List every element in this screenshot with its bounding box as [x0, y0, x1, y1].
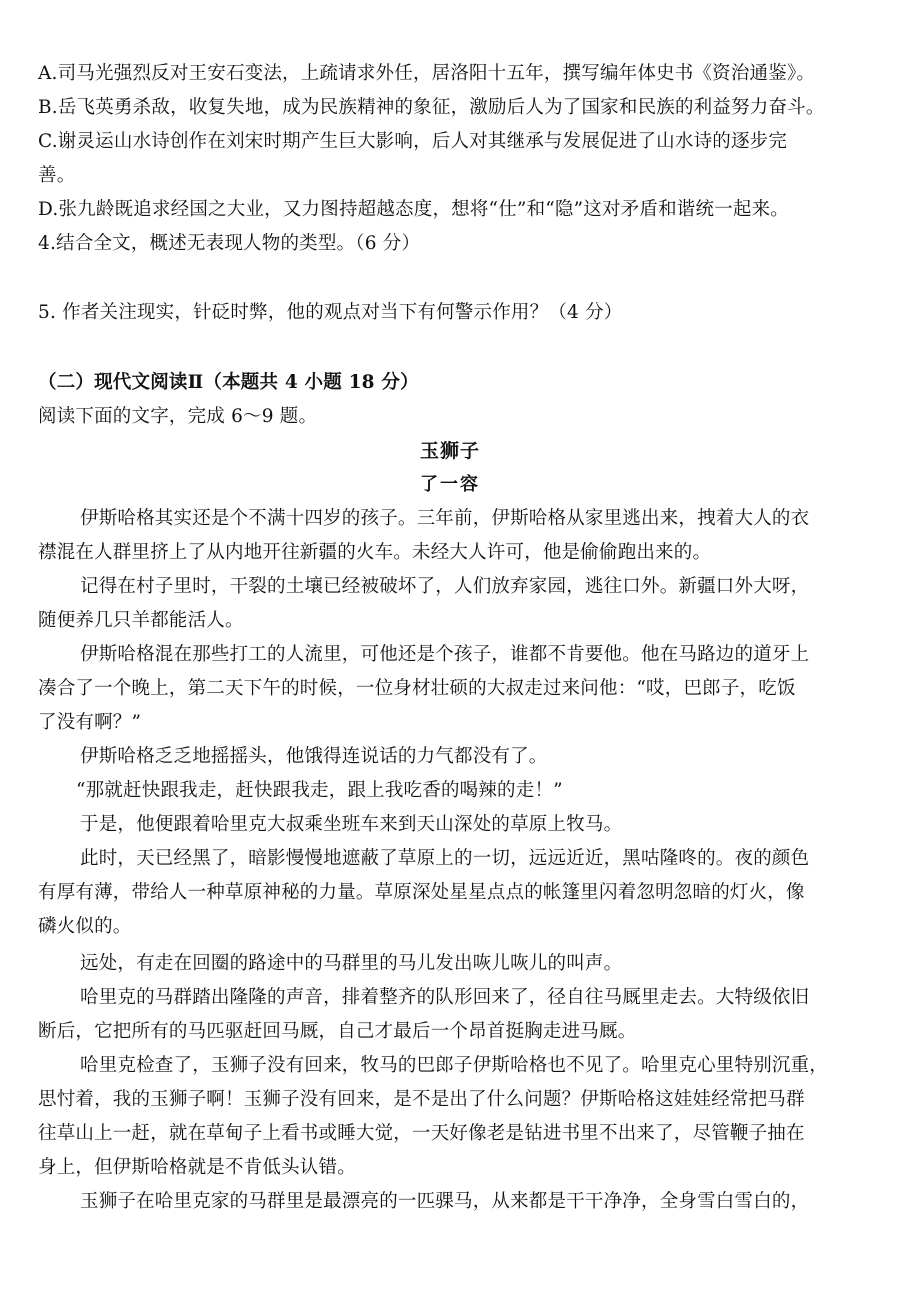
passage-line: 凑合了一个晚上，第二天下午的时候，一位身材壮硕的大叔走过来问他：“哎，巴郎子，吃…: [38, 677, 796, 701]
option-a: A.司马光强烈反对王安石变法，上疏请求外任，居洛阳十五年，撰写编年体史书《资治通…: [38, 62, 815, 86]
option-b: B.岳飞英勇杀敌，收复失地，成为民族精神的象征，激励后人为了国家和民族的利益努力…: [38, 96, 825, 120]
passage-title: 玉狮子: [0, 439, 900, 463]
passage-line: 记得在村子里时，干裂的土壤已经被破坏了，人们放弃家园，逃往口外。新疆口外大呀，: [80, 575, 809, 599]
option-d: D.张九龄既追求经国之大业，又力图持超越态度，想将“仕”和“隐”这对矛盾和谐统一…: [38, 198, 789, 222]
passage-line: 远处，有走在回圈的路途中的马群里的马儿发出咴儿咴儿的叫声。: [80, 952, 622, 976]
passage-line: “那就赶快跟我走，赶快跟我走，跟上我吃香的喝辣的走！”: [76, 779, 563, 803]
option-c-line-2: 善。: [38, 164, 75, 188]
question-4: 4.结合全文，概述无表现人物的类型。（6 分）: [38, 232, 420, 256]
passage-line: 于是，他便跟着哈里克大叔乘坐班车来到天山深处的草原上牧马。: [80, 813, 622, 837]
passage-line: 思忖着，我的玉狮子啊！玉狮子没有回来，是不是出了什么问题？伊斯哈格这娃娃经常把马…: [38, 1088, 805, 1112]
passage-line: 伊斯哈格其实还是个不满十四岁的孩子。三年前，伊斯哈格从家里逃出来，拽着大人的衣: [80, 507, 809, 531]
passage-line: 哈里克检查了，玉狮子没有回来，牧马的巴郎子伊斯哈格也不见了。哈里克心里特别沉重，: [80, 1054, 828, 1078]
passage-line: 断后，它把所有的马匹驱赶回马厩，自己才最后一个昂首挺胸走进马厩。: [38, 1020, 636, 1044]
passage-author: 了一容: [0, 473, 900, 497]
question-5: 5. 作者关注现实，针砭时弊，他的观点对当下有何警示作用？（4 分）: [38, 301, 623, 325]
passage-line: 伊斯哈格乏乏地摇摇头，他饿得连说话的力气都没有了。: [80, 745, 548, 769]
passage-line: 磷火似的。: [38, 915, 132, 939]
passage-line: 往草山上一赶，就在草甸子上看书或睡大觉，一天好像老是钻进书里不出来了，尽管鞭子抽…: [38, 1122, 805, 1146]
passage-line: 了没有啊？”: [38, 711, 141, 735]
passage-line: 襟混在人群里挤上了从内地开往新疆的火车。未经大人许可，他是偷偷跑出来的。: [38, 541, 711, 565]
passage-line: 伊斯哈格混在那些打工的人流里，可他还是个孩子，谁都不肯要他。他在马路边的道牙上: [80, 643, 809, 667]
passage-line: 随便养几只羊都能活人。: [38, 609, 244, 633]
passage-line: 哈里克的马群踏出隆隆的声音，排着整齐的队形回来了，径自往马厩里走去。大特级依旧: [80, 986, 809, 1010]
section-header: （二）现代文阅读Ⅱ（本题共 4 小题 18 分）: [38, 371, 419, 395]
section-instruction: 阅读下面的文字，完成 6～9 题。: [38, 405, 317, 429]
passage-line: 玉狮子在哈里克家的马群里是最漂亮的一匹骒马，从来都是干干净净，全身雪白雪白的，: [80, 1190, 809, 1214]
passage-line: 此时，天已经黑了，暗影慢慢地遮蔽了草原上的一切，远远近近，黑咕隆咚的。夜的颜色: [80, 847, 809, 871]
passage-line: 身上，但伊斯哈格就是不肯低头认错。: [38, 1156, 356, 1180]
option-c-line-1: C.谢灵运山水诗创作在刘宋时期产生巨大影响，后人对其继承与发展促进了山水诗的逐步…: [38, 130, 787, 154]
passage-line: 有厚有薄，带给人一种草原神秘的力量。草原深处星星点点的帐篷里闪着忽明忽暗的灯火，…: [38, 881, 805, 905]
